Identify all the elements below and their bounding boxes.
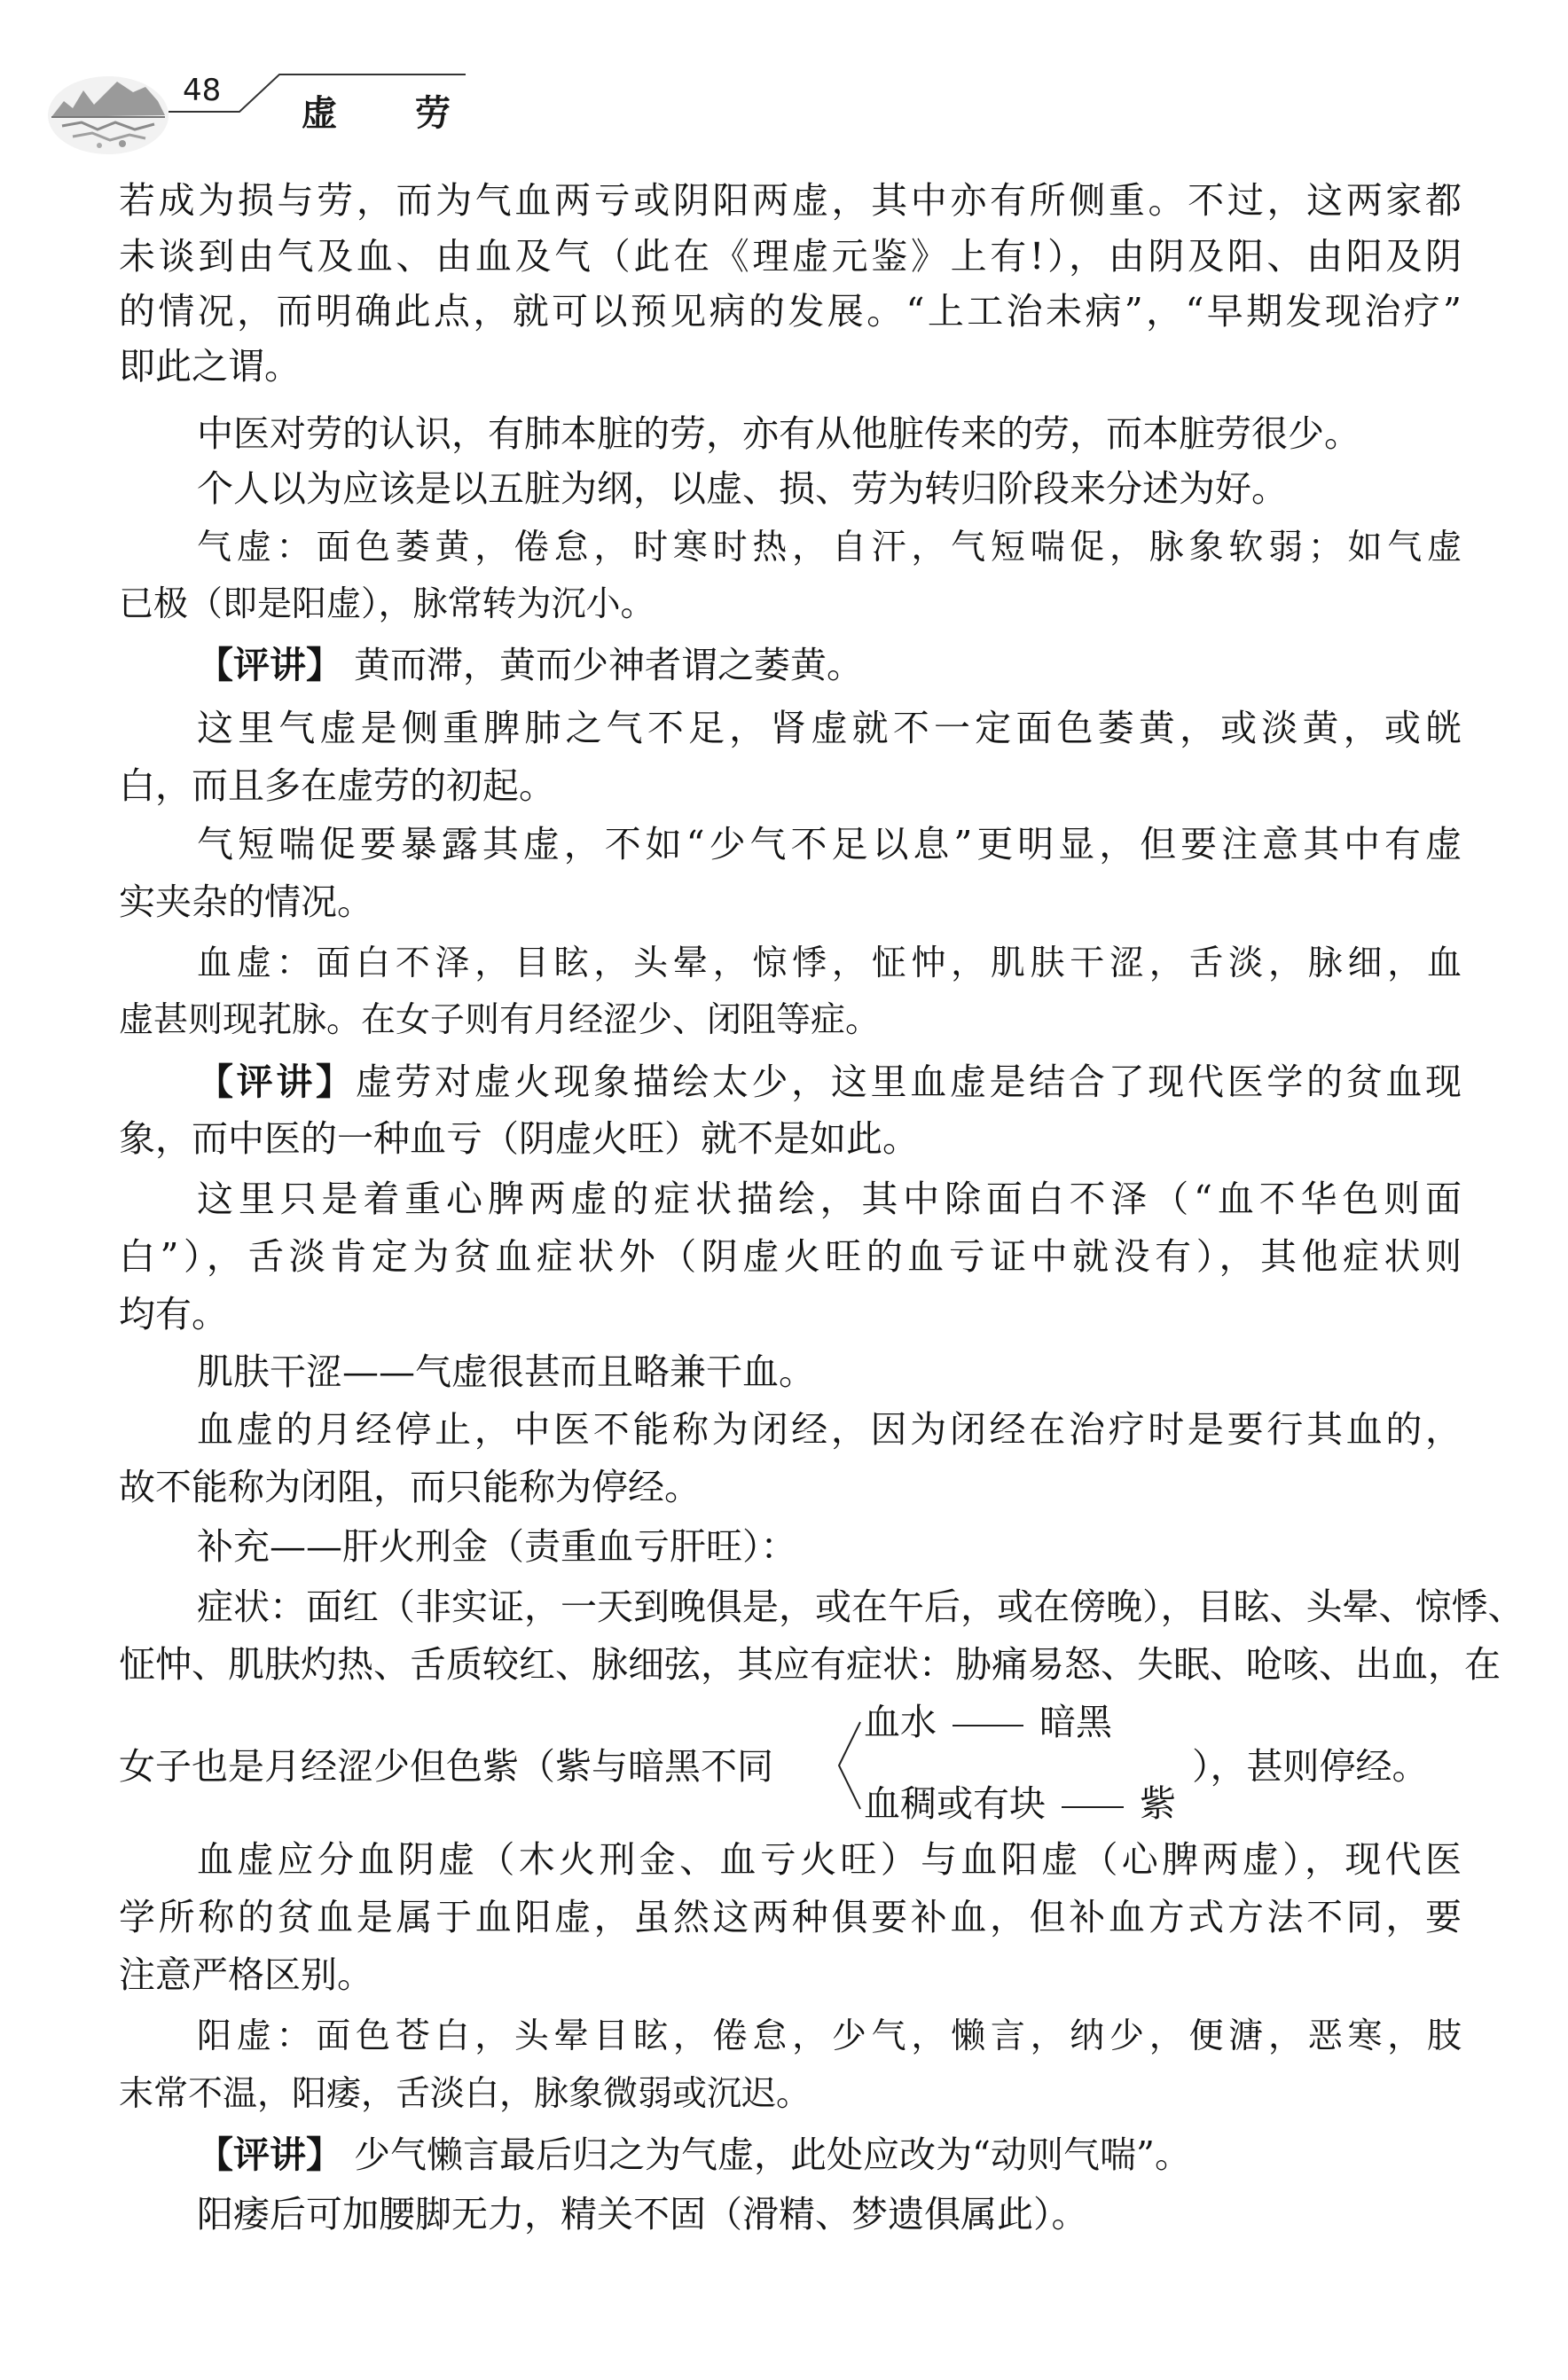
book-page: 48 虚 劳 若成为损与劳，而为气血两亏或阴阳两虚，其中亦有所侧重。不过，这两家… bbox=[0, 0, 1568, 2380]
text-line: 若成为损与劳，而为气血两亏或阴阳两虚，其中亦有所侧重。不过，这两家都 bbox=[119, 179, 1462, 222]
text-line: 象，而中医的一种血亏（阴虚火旺）就不是如此。 bbox=[119, 1117, 1462, 1160]
original-text-line: 虚甚则现芤脉。在女子则有月经涩少、闭阻等症。 bbox=[119, 999, 1462, 1042]
text-line: 肌肤干涩——气虚很甚而且略兼干血。 bbox=[197, 1350, 1462, 1393]
comment-text: 少气懒言最后归之为气虚，此处应改为“动则气喘”。 bbox=[354, 2133, 1191, 2176]
branch-bottom: 血稠或有块紫 bbox=[864, 1782, 1176, 1825]
text-line: 白，而且多在虚劳的初起。 bbox=[119, 764, 1462, 807]
branch-tail-text: ），甚则停经。 bbox=[1192, 1745, 1429, 1788]
running-title-char: 虚 bbox=[302, 92, 337, 135]
text-line: 注意严格区别。 bbox=[119, 1953, 1462, 1996]
branch-bottom-left: 血稠或有块 bbox=[864, 1782, 1046, 1825]
text-line: 白”），舌淡肯定为贫血症状外（阴虚火旺的血亏证中就没有），其他症状则 bbox=[119, 1235, 1462, 1278]
original-text-line: 阳虚：面色苍白，头晕目眩，倦怠，少气，懒言，纳少，便溏，恶寒，肢 bbox=[197, 2016, 1462, 2058]
text-line: 血虚的月经停止，中医不能称为闭经，因为闭经在治疗时是要行其血的， bbox=[197, 1408, 1462, 1451]
text-line: 怔忡、肌肤灼热、舌质较红、脉细弦，其应有症状：胁痛易怒、失眠、呛咳、出血，在 bbox=[119, 1643, 1462, 1686]
text-line: 症状：面红（非实证，一天到晚俱是，或在午后，或在傍晚），目眩、头晕、惊悸、 bbox=[197, 1585, 1462, 1628]
branch-lead-text: 女子也是月经涩少但色紫（紫与暗黑不同 bbox=[119, 1745, 773, 1788]
branch-bottom-right: 紫 bbox=[1140, 1782, 1176, 1825]
text-line: 未谈到由气及血、由血及气（此在《理虚元鉴》上有!），由阴及阳、由阳及阴 bbox=[119, 235, 1462, 278]
branch-top-left: 血水 bbox=[864, 1701, 937, 1743]
text-line: 补充——肝火刑金（责重血亏肝旺）： bbox=[197, 1525, 1462, 1568]
page-header: 48 虚 劳 bbox=[0, 0, 621, 168]
original-text-line: 已极（即是阳虚），脉常转为沉小。 bbox=[119, 583, 1462, 626]
text-line: 故不能称为闭阻，而只能称为停经。 bbox=[119, 1466, 1462, 1508]
text-line: 均有。 bbox=[119, 1293, 1462, 1335]
text-line: 的情况，而明确此点，就可以预见病的发展。“上工治未病”，“早期发现治疗” bbox=[119, 290, 1462, 333]
running-title: 虚 劳 bbox=[302, 92, 451, 135]
text-line: 血虚应分血阴虚（木火刑金、血亏火旺）与血阳虚（心脾两虚），现代医 bbox=[197, 1838, 1462, 1881]
dash-divider bbox=[953, 1725, 1023, 1726]
text-line: 个人以为应该是以五脏为纲，以虚、损、劳为转归阶段来分述为好。 bbox=[197, 467, 1462, 510]
original-text-line: 血虚：面白不泽，目眩，头晕，惊悸，怔忡，肌肤干涩，舌淡，脉细，血 bbox=[197, 943, 1462, 985]
original-text-line: 末常不温，阳痿，舌淡白，脉象微弱或沉迟。 bbox=[119, 2073, 1462, 2116]
comment-label: 【评讲】 bbox=[197, 2133, 342, 2176]
comment-line: 【评讲】 黄而滞，黄而少神者谓之萎黄。 bbox=[197, 644, 1462, 686]
dash-divider bbox=[1062, 1806, 1124, 1808]
text-line: 气短喘促要暴露其虚，不如“少气不足以息”更明显，但要注意其中有虚 bbox=[197, 823, 1462, 865]
branch-top: 血水暗黑 bbox=[864, 1701, 1112, 1743]
text-line: 这里只是着重心脾两虚的症状描绘，其中除面白不泽（“血不华色则面 bbox=[197, 1178, 1462, 1220]
branch-top-right: 暗黑 bbox=[1039, 1701, 1112, 1743]
text-line: 即此之谓。 bbox=[119, 345, 1462, 388]
comment-text: 黄而滞，黄而少神者谓之萎黄。 bbox=[354, 644, 863, 686]
header-rule bbox=[0, 0, 621, 168]
page-number: 48 bbox=[183, 73, 221, 108]
text-line: 学所称的贫血是属于血阳虚，虽然这两种俱要补血，但补血方式方法不同，要 bbox=[119, 1896, 1462, 1938]
comment-line: 【评讲】 少气懒言最后归之为气虚，此处应改为“动则气喘”。 bbox=[197, 2133, 1462, 2176]
text-line: 中医对劳的认识，有肺本脏的劳，亦有从他脏传来的劳，而本脏劳很少。 bbox=[197, 412, 1462, 455]
comment-line: 【评讲】虚劳对虚火现象描绘太少，这里血虚是结合了现代医学的贫血现 bbox=[197, 1061, 1462, 1103]
branch-comparison: 女子也是月经涩少但色紫（紫与暗黑不同 血水暗黑 血稠或有块紫 ），甚则停经。 bbox=[119, 1701, 1462, 1834]
text-line: 阳痿后可加腰脚无力，精关不固（滑精、梦遗俱属此）。 bbox=[197, 2193, 1462, 2235]
running-title-char: 劳 bbox=[415, 92, 451, 135]
comment-label: 【评讲】 bbox=[197, 1061, 356, 1103]
original-text-line: 气虚：面色萎黄，倦怠，时寒时热，自汗，气短喘促，脉象软弱；如气虚 bbox=[197, 527, 1462, 569]
comment-text: 虚劳对虚火现象描绘太少，这里血虚是结合了现代医学的贫血现 bbox=[356, 1061, 1462, 1103]
text-line: 这里气虚是侧重脾肺之气不足，肾虚就不一定面色萎黄，或淡黄，或㿠 bbox=[197, 707, 1462, 749]
comment-label: 【评讲】 bbox=[197, 644, 342, 686]
angle-bracket-icon bbox=[835, 1717, 862, 1814]
text-line: 实夹杂的情况。 bbox=[119, 881, 1462, 923]
